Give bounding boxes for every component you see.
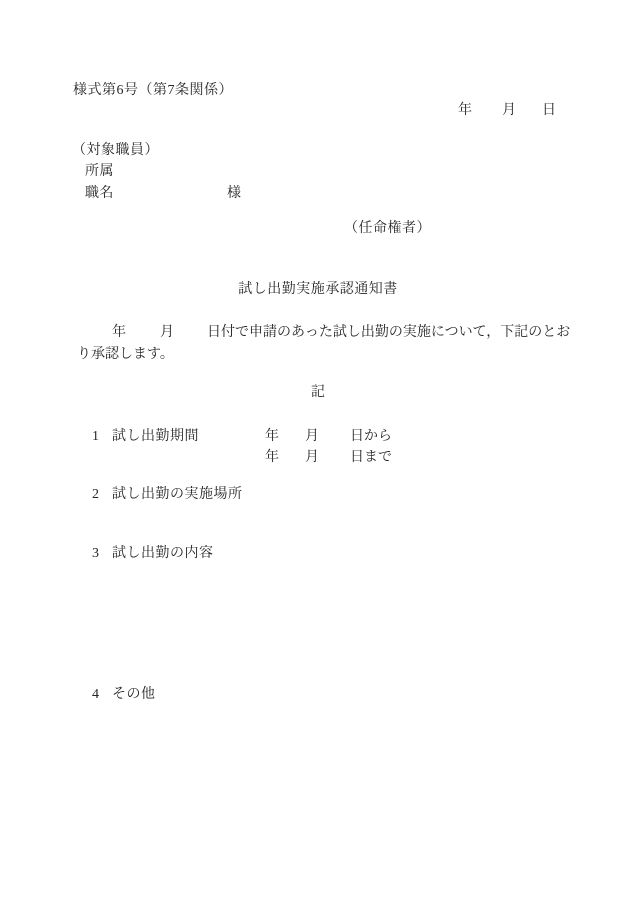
paragraph-month-label: 月 (160, 326, 174, 340)
approval-notice-form-page: 様式第6号（第7条関係） 年 月 日 （対象職員） 所属 職名 様 （任命権者）… (0, 0, 630, 915)
period-to-month-label: 月 (305, 451, 319, 465)
item-1-number: 1 (92, 430, 99, 444)
header-date-month-label: 月 (502, 104, 516, 118)
paragraph-line1-text: 日付で申請のあった試し出勤の実施について，下記のとお (207, 326, 570, 340)
period-from-month-label: 月 (305, 430, 319, 444)
paragraph-line2-text: り承認します。 (77, 348, 174, 362)
item-2-label: 試し出勤の実施場所 (112, 488, 243, 502)
item-1-label: 試し出勤期間 (112, 430, 199, 444)
record-heading: 記 (0, 386, 630, 400)
header-date-year-label: 年 (458, 104, 472, 118)
item-2-number: 2 (92, 488, 99, 502)
form-number: 様式第6号（第7条関係） (73, 84, 233, 98)
item-3-label: 試し出勤の内容 (112, 547, 214, 561)
paragraph-year-label: 年 (112, 326, 126, 340)
addressee-honorific: 様 (227, 187, 242, 201)
item-4-label: その他 (112, 688, 156, 702)
document-title: 試し出勤実施承認通知書 (0, 283, 630, 297)
item-3-number: 3 (92, 547, 99, 561)
issuer-label: （任命権者） (344, 222, 431, 236)
header-date-day-label: 日 (542, 104, 556, 118)
period-from-year-label: 年 (265, 430, 279, 444)
item-4-number: 4 (92, 688, 99, 702)
addressee-group-label: （対象職員） (72, 144, 159, 158)
period-from-day-suffix: 日から (350, 430, 392, 444)
period-to-year-label: 年 (265, 451, 279, 465)
addressee-position-label: 職名 (85, 187, 114, 201)
period-to-day-suffix: 日まで (350, 451, 392, 465)
addressee-affiliation-label: 所属 (85, 165, 114, 179)
